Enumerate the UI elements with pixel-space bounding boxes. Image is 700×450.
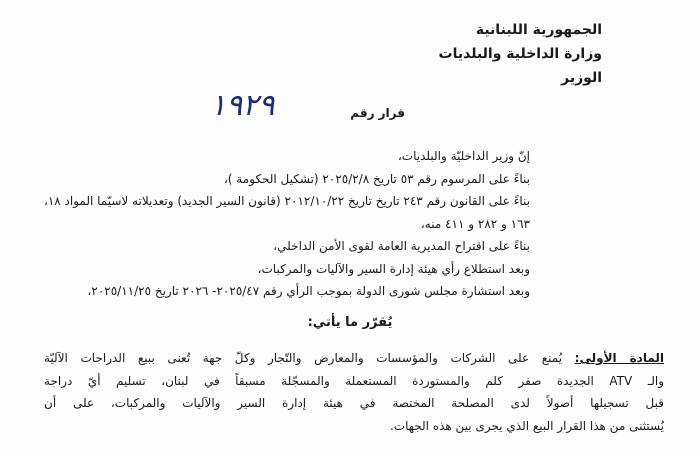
preamble-line: بناءً على القانون رقم ٢٤٣ تاريخ تاريخ ٢٠… (10, 190, 530, 213)
article-line: المادة الأولى: يُمنع على الشركات والمؤسس… (44, 347, 664, 370)
preamble-line: وبعد استطلاع رأي هيئة إدارة السير والآلي… (10, 258, 530, 281)
office-title: الوزير (439, 66, 602, 90)
article-text: يُمنع على الشركات والمؤسسات والمعارض وال… (44, 351, 562, 365)
article-line: يُستثنى من هذا القرار البيع الذي يجرى بي… (44, 415, 664, 438)
ministry-name: وزارة الداخلية والبلديات (439, 42, 602, 66)
article-title: المادة الأولى: (575, 351, 664, 365)
letterhead: الجمهورية اللبنانية وزارة الداخلية والبل… (439, 18, 602, 90)
decides-heading: يُقرّر ما يأتي: (0, 315, 700, 330)
preamble-line: بناءً على اقتراح المديرية العامة لقوى ال… (10, 235, 530, 258)
preamble-line: إنّ وزير الداخليّة والبلديات، (10, 145, 530, 168)
preamble-line: ١٦٣ و ٢٨٢ و ٤١١ منه، (10, 213, 530, 236)
article-line: قبل تسجيلها أصولاً لدى المصلحة المختصة ف… (44, 392, 664, 415)
preamble: إنّ وزير الداخليّة والبلديات، بناءً على … (10, 145, 530, 303)
handwritten-decision-number: ١٩٢٩ (210, 88, 274, 123)
preamble-line: بناءً على المرسوم رقم ٥٣ تاريخ ٢٠٢٥/٢/٨ … (10, 168, 530, 191)
article-1: المادة الأولى: يُمنع على الشركات والمؤسس… (44, 347, 664, 437)
decree-page: الجمهورية اللبنانية وزارة الداخلية والبل… (0, 0, 700, 450)
decision-number-row: قرار رقم ١٩٢٩ (200, 92, 500, 132)
country-name: الجمهورية اللبنانية (439, 18, 602, 42)
decision-label: قرار رقم (350, 106, 405, 120)
article-line: والـ ATV الجديدة صفر كلم والمستوردة المس… (44, 370, 664, 393)
preamble-line: وبعد استشارة مجلس شورى الدولة بموجب الرأ… (10, 280, 530, 303)
